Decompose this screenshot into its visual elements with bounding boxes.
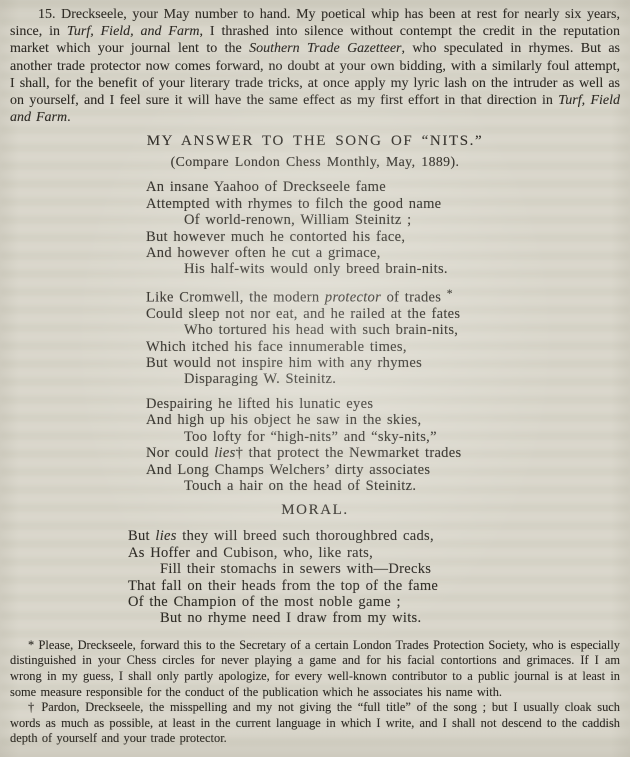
poem-line: And Long Champs Welchers’ dirty associat… — [146, 462, 620, 478]
poem-line: Could sleep not nor eat, and he railed a… — [146, 306, 620, 322]
poem-line: Despairing he lifted his lunatic eyes — [146, 396, 620, 412]
poem-line: Touch a hair on the head of Steinitz. — [146, 478, 620, 494]
poem-line: And high up his object he saw in the ski… — [146, 412, 620, 428]
poem-line: Too lofty for “high-nits” and “sky-nits,… — [146, 429, 620, 445]
scanned-book-page: 15. Dreckseele, your May number to hand.… — [0, 0, 630, 747]
stanza-2: Like Cromwell, the modern protector of t… — [146, 286, 620, 388]
poem-line: Attempted with rhymes to filch the good … — [146, 196, 620, 212]
poem-line: As Hoffer and Cubison, who, like rats, — [128, 545, 620, 561]
stanza-3: Despairing he lifted his lunatic eyes An… — [146, 396, 620, 494]
poem-line: Of the Champion of the most noble game ; — [128, 594, 620, 610]
poem-subtitle: (Compare London Chess Monthly, May, 1889… — [10, 153, 620, 171]
poem-line: Like Cromwell, the modern protector of t… — [146, 286, 620, 306]
moral-heading: MORAL. — [10, 501, 620, 520]
poem-line: His half-wits would only breed brain-nit… — [146, 261, 620, 277]
poem-line: But no rhyme need I draw from my wits. — [128, 610, 620, 626]
stanza-1: An insane Yaahoo of Dreckseele fame Atte… — [146, 179, 620, 277]
poem-line: But lies they will breed such thoroughbr… — [128, 528, 620, 544]
poem-line: Disparaging W. Steinitz. — [146, 371, 620, 387]
poem-line: That fall on their heads from the top of… — [128, 578, 620, 594]
poem-line: But however much he contorted his face, — [146, 229, 620, 245]
poem-line: Of world-renown, William Steinitz ; — [146, 212, 620, 228]
intro-paragraph: 15. Dreckseele, your May number to hand.… — [10, 6, 620, 126]
poem-line: Who tortured his head with such brain-ni… — [146, 322, 620, 338]
stanza-4: But lies they will breed such thoroughbr… — [128, 528, 620, 626]
footnote-dagger: † Pardon, Dreckseele, the misspelling an… — [10, 700, 620, 747]
poem-line: And however often he cut a grimace, — [146, 245, 620, 261]
poem-title: MY ANSWER TO THE SONG OF “NITS.” — [10, 131, 620, 151]
poem-line: Fill their stomachs in sewers with—Dreck… — [128, 561, 620, 577]
poem-line: But would not inspire him with any rhyme… — [146, 355, 620, 371]
poem-line: Nor could lies† that protect the Newmark… — [146, 445, 620, 461]
poem-line: Which itched his face innumerable times, — [146, 339, 620, 355]
footnote-asterisk: * Please, Dreckseele, forward this to th… — [10, 638, 620, 700]
footnotes-section: * Please, Dreckseele, forward this to th… — [10, 638, 620, 747]
poem-line: An insane Yaahoo of Dreckseele fame — [146, 179, 620, 195]
